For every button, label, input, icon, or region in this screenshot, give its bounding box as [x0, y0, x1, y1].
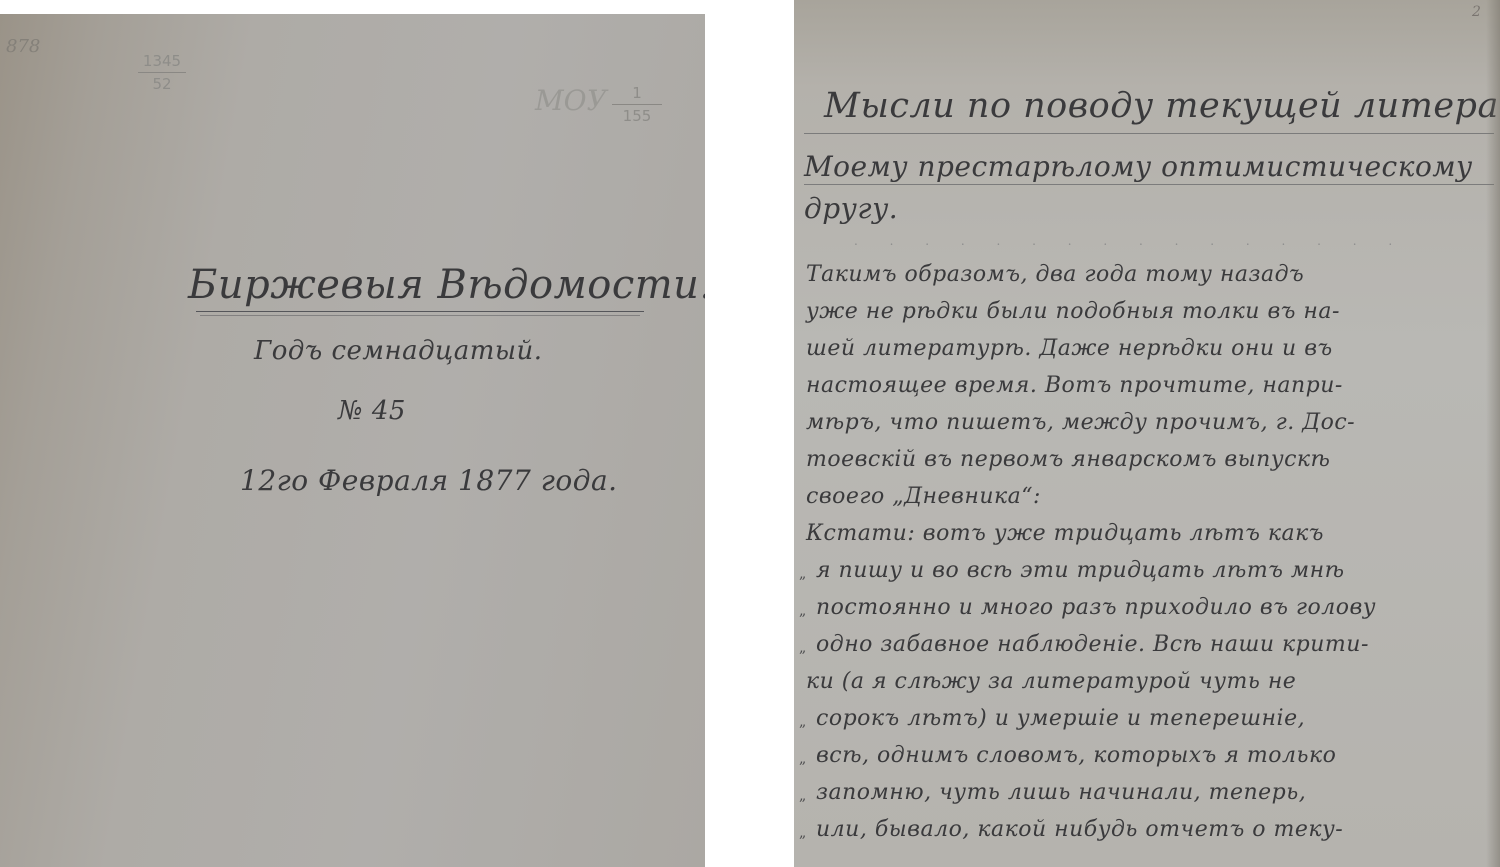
archive-stamp-denominator: 155: [612, 107, 662, 125]
body-line: одно забавное наблюденіе. Всѣ наши крити…: [816, 632, 1369, 657]
body-line: шей литературѣ. Даже нерѣдки они и въ: [806, 336, 1333, 361]
fraction-bar: [138, 72, 186, 73]
quote-mark: „: [799, 751, 806, 767]
issue-date: 12го Февраля 1877 года.: [240, 464, 618, 497]
quote-mark: „: [799, 788, 806, 804]
body-line: Кстати: вотъ уже тридцать лѣтъ какъ: [806, 521, 1324, 546]
archive-fraction: 1345 52: [138, 52, 186, 93]
body-line: ки (а я слѣжу за литературой чуть не: [806, 669, 1296, 694]
heading-rule: [804, 133, 1494, 134]
cover-title: Биржевыя Вѣдомости.: [188, 262, 705, 308]
issue-number: № 45: [338, 396, 406, 426]
page-number: 2: [1472, 4, 1481, 20]
body-line: я пишу и во всѣ эти тридцать лѣтъ мнѣ: [816, 558, 1345, 583]
folio-number: 878: [6, 36, 40, 57]
section-divider: . . . . . . . . . . . . . . . .: [854, 234, 1406, 248]
body-line: всѣ, однимъ словомъ, которыхъ я только: [816, 743, 1336, 768]
body-line: постоянно и много разъ приходило въ голо…: [816, 595, 1376, 620]
quote-mark: „: [799, 825, 806, 841]
body-line: Такимъ образомъ, два года тому назадъ: [806, 262, 1304, 287]
article-heading: Мысли по поводу текущей литературы.: [824, 86, 1500, 126]
body-line: сорокъ лѣтъ) и умершіе и теперешніе,: [816, 706, 1305, 731]
body-line: или, бывало, какой нибудь отчетъ о теку-: [816, 817, 1343, 842]
dedication-line-2: другу.: [804, 192, 898, 225]
body-line: мѣръ, что пишетъ, между прочимъ, г. Дос-: [806, 410, 1355, 435]
dedication-line-1: Моему престарѣлому оптимистическому: [804, 150, 1473, 183]
quote-mark: „: [799, 714, 806, 730]
archive-stamp: МОУ: [535, 84, 607, 117]
quote-mark: „: [799, 566, 806, 582]
body-line: тоевскій въ первомъ январскомъ выпускѣ: [806, 447, 1330, 472]
cover-subtitle: Годъ семнадцатый.: [254, 336, 543, 366]
title-underline-second: [200, 315, 640, 316]
archive-stamp-numerator: 1: [612, 84, 662, 102]
body-line: запомню, чуть лишь начинали, теперь,: [816, 780, 1306, 805]
archive-fraction-denominator: 52: [138, 75, 186, 93]
body-line: уже не рѣдки были подобныя толки въ на-: [806, 299, 1340, 324]
archive-fraction-numerator: 1345: [138, 52, 186, 70]
manuscript-cover-page: 878 1345 52 МОУ 1 155 Биржевыя Вѣдомости…: [0, 14, 705, 867]
manuscript-text-page: 2 Мысли по поводу текущей литературы. Мо…: [794, 0, 1500, 867]
title-underline: [196, 311, 644, 312]
body-line: настоящее время. Вотъ прочтите, напри-: [806, 373, 1343, 398]
quote-mark: „: [799, 603, 806, 619]
fraction-bar: [612, 104, 662, 105]
archive-stamp-prefix: МОУ: [535, 84, 607, 117]
quote-mark: „: [799, 640, 806, 656]
body-line: своего „Дневника“:: [806, 484, 1041, 509]
dedication-rule: [804, 184, 1494, 185]
archive-stamp-fraction: 1 155: [612, 84, 662, 125]
